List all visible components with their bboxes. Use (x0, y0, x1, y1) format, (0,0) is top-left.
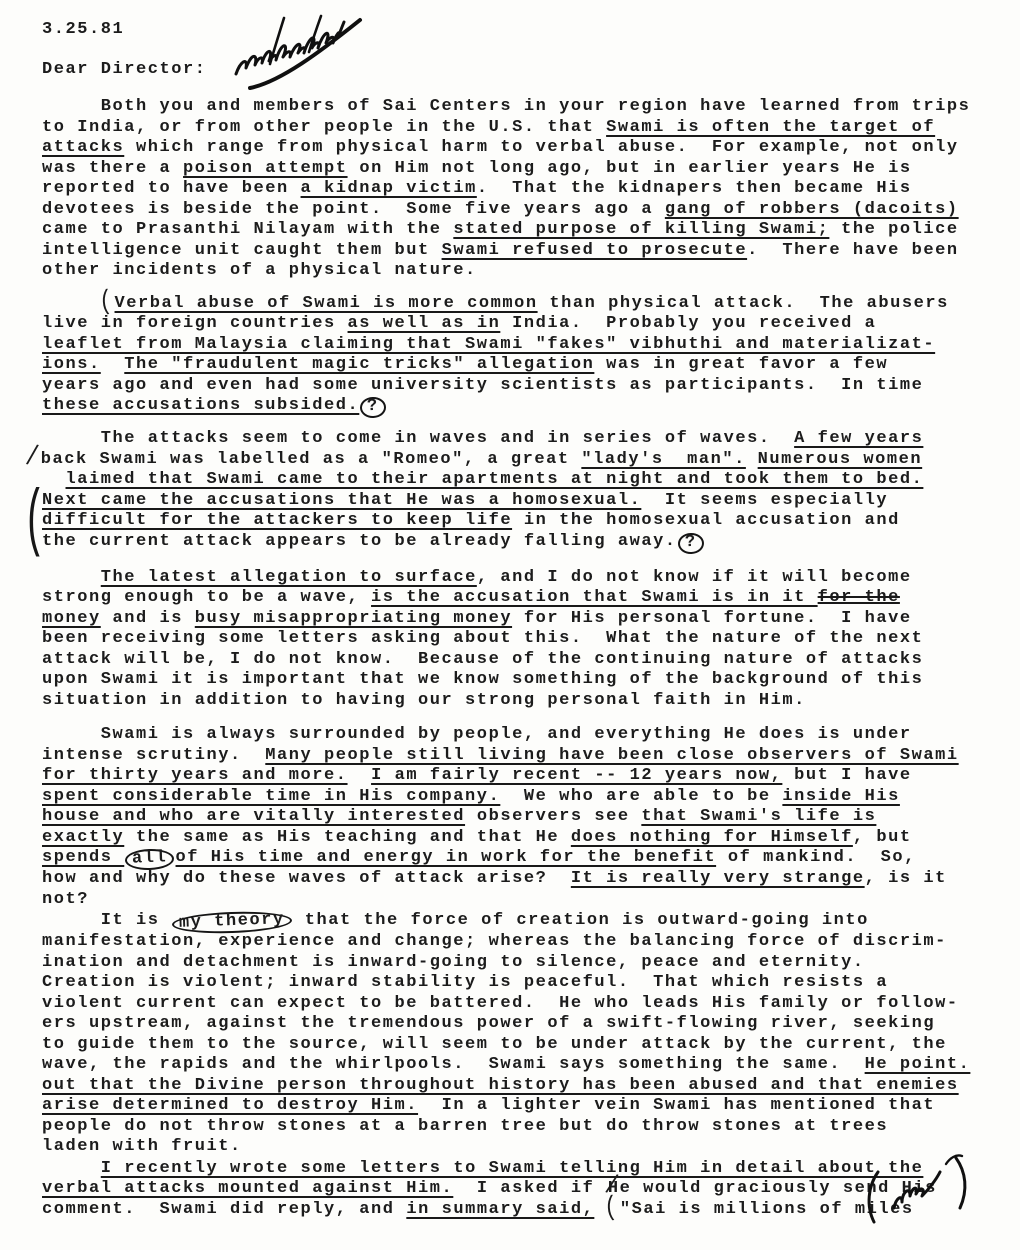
text-line: spends allof His time and energy in work… (42, 848, 1007, 869)
text-segment: poison attempt (183, 159, 348, 178)
text-segment: We who are able to be (500, 787, 782, 806)
text-segment: It seems especially (641, 491, 888, 510)
text-segment: money (42, 609, 101, 628)
text-segment: attacks (42, 138, 124, 157)
text-segment: to India, or from other people in the U.… (42, 118, 606, 137)
text-line: not? (42, 890, 1007, 911)
text-segment: as well as in (348, 314, 501, 333)
text-line: for thirty years and more. I am fairly r… (42, 766, 1007, 787)
text-segment: violent current can expect to be battere… (42, 994, 959, 1013)
text-line: Creation is violent; inward stability is… (42, 973, 1007, 994)
text-segment: to guide them to the source, will seem t… (42, 1035, 947, 1054)
text-segment: He point. (865, 1055, 971, 1074)
text-segment: situation in addition to having our stro… (42, 691, 806, 710)
text-segment: laimed that Swami came to their apartmen… (66, 470, 924, 489)
letter-body: Both you and members of Sai Centers in y… (42, 97, 1007, 1220)
text-segment: in summary said, (406, 1200, 594, 1219)
text-segment: Verbal abuse of Swami is more common (115, 294, 538, 313)
text-segment (42, 1159, 101, 1178)
text-line: /back Swami was labelled as a "Romeo", a… (42, 450, 1007, 471)
text-segment: on Him not long ago, but in earlier year… (348, 159, 912, 178)
text-segment: gang of robbers (dacoits) (665, 200, 959, 219)
text-line: years ago and even had some university s… (42, 376, 1007, 397)
handwritten-mark: / (23, 441, 42, 478)
text-segment: I asked if (453, 1179, 606, 1198)
text-segment: does nothing for Himself (571, 828, 853, 847)
text-segment: In a lighter vein Swami has mentioned th… (418, 1096, 935, 1115)
text-segment: The latest allegation to surface (101, 568, 477, 587)
text-line: laimed that Swami came to their apartmen… (42, 470, 1007, 491)
text-line: (Next came the accusations that He was a… (42, 491, 1007, 512)
text-line: was there a poison attempt on Him not lo… (42, 159, 1007, 180)
text-segment: other incidents of a physical nature. (42, 261, 477, 280)
text-segment: was there a (42, 159, 183, 178)
text-segment: strong enough to be a wave, (42, 588, 371, 607)
text-segment: the current attack appears to be already… (42, 532, 677, 551)
text-segment: people do not throw stones at a barren t… (42, 1117, 888, 1136)
text-segment: inside His (782, 787, 900, 806)
text-segment: I recently wrote some letters to Swami t… (101, 1159, 924, 1178)
text-segment: arise determined to destroy Him. (42, 1096, 418, 1115)
text-segment: reported to have been (42, 179, 301, 198)
text-segment: that the force of creation is outward-go… (293, 911, 869, 930)
letter-date: 3.25.81 (42, 20, 124, 41)
text-line: attack will be, I do not know. Because o… (42, 650, 1007, 671)
text-line: out that the Divine person throughout hi… (42, 1076, 1007, 1097)
text-line: The attacks seem to come in waves and in… (42, 429, 1007, 450)
text-segment: comment. Swami did reply, and (42, 1200, 406, 1219)
circled-annotation: ? (677, 532, 703, 554)
text-line: been receiving some letters asking about… (42, 629, 1007, 650)
salutation: Dear Director: (42, 60, 207, 81)
text-segment: not? (42, 890, 89, 909)
text-segment: stated purpose of killing Swami; (453, 220, 829, 239)
text-line: (Verbal abuse of Swami is more common th… (42, 294, 1007, 315)
text-segment: , but (853, 828, 912, 847)
text-segment: these accusations subsided. (42, 396, 359, 415)
text-segment: how and why do these waves of attack ari… (42, 869, 571, 888)
paragraph: The latest allegation to surface, and I … (42, 568, 1007, 712)
text-segment: A few years (794, 429, 923, 448)
text-segment: busy misappropriating money (195, 609, 512, 628)
text-segment: Swami refused to prosecute (442, 241, 748, 260)
text-segment: wave, the rapids and the whirlpools. Swa… (42, 1055, 865, 1074)
text-segment: came to Prasanthi Nilayam with the (42, 220, 453, 239)
text-line: exactly the same as His teaching and tha… (42, 828, 1007, 849)
handwritten-mark: ( (604, 1193, 620, 1227)
text-segment: devotees is beside the point. Some five … (42, 200, 665, 219)
text-segment: . That the kidnapers then became His (477, 179, 912, 198)
text-line: how and why do these waves of attack ari… (42, 869, 1007, 890)
text-line: money and is busy misappropriating money… (42, 609, 1007, 630)
text-segment: and is (101, 609, 195, 628)
text-segment: years ago and even had some university s… (42, 376, 923, 395)
text-segment: Swami is always surrounded by people, an… (42, 725, 912, 744)
text-segment: for the (818, 588, 900, 607)
text-segment: spent considerable time in His company. (42, 787, 500, 806)
text-segment: The "fraudulent magic tricks" allegation (124, 355, 594, 374)
text-segment: observers see (465, 807, 641, 826)
text-line: ers upstream, against the tremendous pow… (42, 1014, 1007, 1035)
text-segment: exactly (42, 828, 124, 847)
text-segment: "lady's man". (581, 450, 746, 469)
text-segment: intelligence unit caught them but (42, 241, 442, 260)
text-segment: The attacks seem to come in waves and in… (42, 429, 794, 448)
text-segment (746, 450, 758, 469)
text-segment: , and I do not know if it will become (477, 568, 912, 587)
text-segment: leaflet from Malaysia claiming that Swam… (42, 335, 935, 354)
text-line: The latest allegation to surface, and I … (42, 568, 1007, 589)
text-line: house and who are vitally interested obs… (42, 807, 1007, 828)
text-segment (42, 294, 101, 313)
text-line: manifestation, experience and change; wh… (42, 932, 1007, 953)
scanned-letter-page: 3.25.81 Dear Director: Both you and memb… (0, 0, 1020, 1250)
text-segment: intense scrutiny. (42, 746, 265, 765)
circled-annotation: ? (360, 397, 386, 419)
text-segment: ions. (42, 355, 101, 374)
text-line: Both you and members of Sai Centers in y… (42, 97, 1007, 118)
text-line: ination and detachment is inward-going t… (42, 953, 1007, 974)
paragraph: Swami is always surrounded by people, an… (42, 725, 1007, 910)
text-line: to guide them to the source, will seem t… (42, 1035, 1007, 1056)
text-segment: out that the Divine person throughout hi… (42, 1076, 959, 1095)
text-segment: house and who are vitally interested (42, 807, 465, 826)
text-segment: but I have (782, 766, 911, 785)
text-line: these accusations subsided.? (42, 396, 1007, 417)
text-line: attacks which range from physical harm t… (42, 138, 1007, 159)
text-segment: the same as His teaching and that He (124, 828, 571, 847)
text-segment: . There have been (747, 241, 959, 260)
text-line: upon Swami it is important that we know … (42, 670, 1007, 691)
text-line: to India, or from other people in the U.… (42, 118, 1007, 139)
text-segment: I am fairly recent -- 12 years now, (371, 766, 782, 785)
text-segment: been receiving some letters asking about… (42, 629, 923, 648)
text-line: people do not throw stones at a barren t… (42, 1117, 1007, 1138)
text-line: the current attack appears to be already… (42, 532, 1007, 553)
text-line: violent current can expect to be battere… (42, 994, 1007, 1015)
text-line: ions. The "fraudulent magic tricks" alle… (42, 355, 1007, 376)
text-segment: back Swami was labelled as a "Romeo", a … (41, 450, 582, 469)
text-segment: Next came the accusations that He was a … (42, 491, 641, 510)
text-line: other incidents of a physical nature. (42, 261, 1007, 282)
text-segment: than physical attack. The abusers (538, 294, 949, 313)
text-segment: which range from physical harm to verbal… (124, 138, 958, 157)
text-line: arise determined to destroy Him. In a li… (42, 1096, 1007, 1117)
text-line: Swami is always surrounded by people, an… (42, 725, 1007, 746)
text-line: It is my theory that the force of creati… (42, 911, 1007, 932)
text-line: came to Prasanthi Nilayam with the state… (42, 220, 1007, 241)
text-segment: manifestation, experience and change; wh… (42, 932, 947, 951)
text-segment: Both you and members of Sai Centers in y… (42, 97, 970, 116)
text-segment: It is really very strange (571, 869, 865, 888)
text-segment: India. Probably you received a (500, 314, 876, 333)
text-segment: difficult for the attackers to keep life (42, 511, 512, 530)
text-line: difficult for the attackers to keep life… (42, 511, 1007, 532)
text-segment: was in great favor a few (594, 355, 888, 374)
paragraph: (Verbal abuse of Swami is more common th… (42, 294, 1007, 418)
confidential-handwriting (224, 2, 380, 94)
text-line: spent considerable time in His company. … (42, 787, 1007, 808)
text-segment: Creation is violent; inward stability is… (42, 973, 888, 992)
text-line: intelligence unit caught them but Swami … (42, 241, 1007, 262)
text-segment: that Swami's life is (641, 807, 876, 826)
paragraph: The attacks seem to come in waves and in… (42, 429, 1007, 553)
text-line: devotees is beside the point. Some five … (42, 200, 1007, 221)
text-segment: live in foreign countries (42, 314, 348, 333)
text-line: strong enough to be a wave, is the accus… (42, 588, 1007, 609)
text-segment (101, 355, 125, 374)
text-segment: Numerous women (758, 450, 923, 469)
paragraph: Both you and members of Sai Centers in y… (42, 97, 1007, 282)
text-segment (348, 766, 372, 785)
text-segment: is the accusation that Swami is in it (371, 588, 818, 607)
paragraph: It is my theory that the force of creati… (42, 911, 1007, 1158)
over-handwriting (850, 1148, 1000, 1238)
text-line: situation in addition to having our stro… (42, 691, 1007, 712)
text-segment: of His time and energy in work for the b… (176, 848, 717, 867)
text-segment: Swami is often the target of (606, 118, 935, 137)
text-line: reported to have been a kidnap victim. T… (42, 179, 1007, 200)
text-segment: the police (829, 220, 958, 239)
text-segment: for His personal fortune. I have (512, 609, 912, 628)
text-segment: ination and detachment is inward-going t… (42, 953, 865, 972)
text-segment: of mankind. So, (716, 848, 916, 867)
text-segment: verbal attacks mounted against Him. (42, 1179, 453, 1198)
text-line: wave, the rapids and the whirlpools. Swa… (42, 1055, 1007, 1076)
text-line: leaflet from Malaysia claiming that Swam… (42, 335, 1007, 356)
text-segment (42, 568, 101, 587)
text-segment: a kidnap victim (301, 179, 477, 198)
text-segment: ers upstream, against the tremendous pow… (42, 1014, 935, 1033)
text-line: live in foreign countries as well as in … (42, 314, 1007, 335)
text-segment: upon Swami it is important that we know … (42, 670, 923, 689)
text-segment: Many people still living have been close… (265, 746, 958, 765)
text-segment: for thirty years and more. (42, 766, 348, 785)
text-segment: It is (42, 911, 171, 930)
text-segment: spends (42, 848, 124, 867)
circled-annotation: all (125, 848, 175, 871)
text-line: intense scrutiny. Many people still livi… (42, 746, 1007, 767)
text-segment: , is it (865, 869, 947, 888)
text-segment: attack will be, I do not know. Because o… (42, 650, 923, 669)
text-segment: laden with fruit. (42, 1137, 242, 1156)
text-segment: in the homosexual accusation and (512, 511, 900, 530)
